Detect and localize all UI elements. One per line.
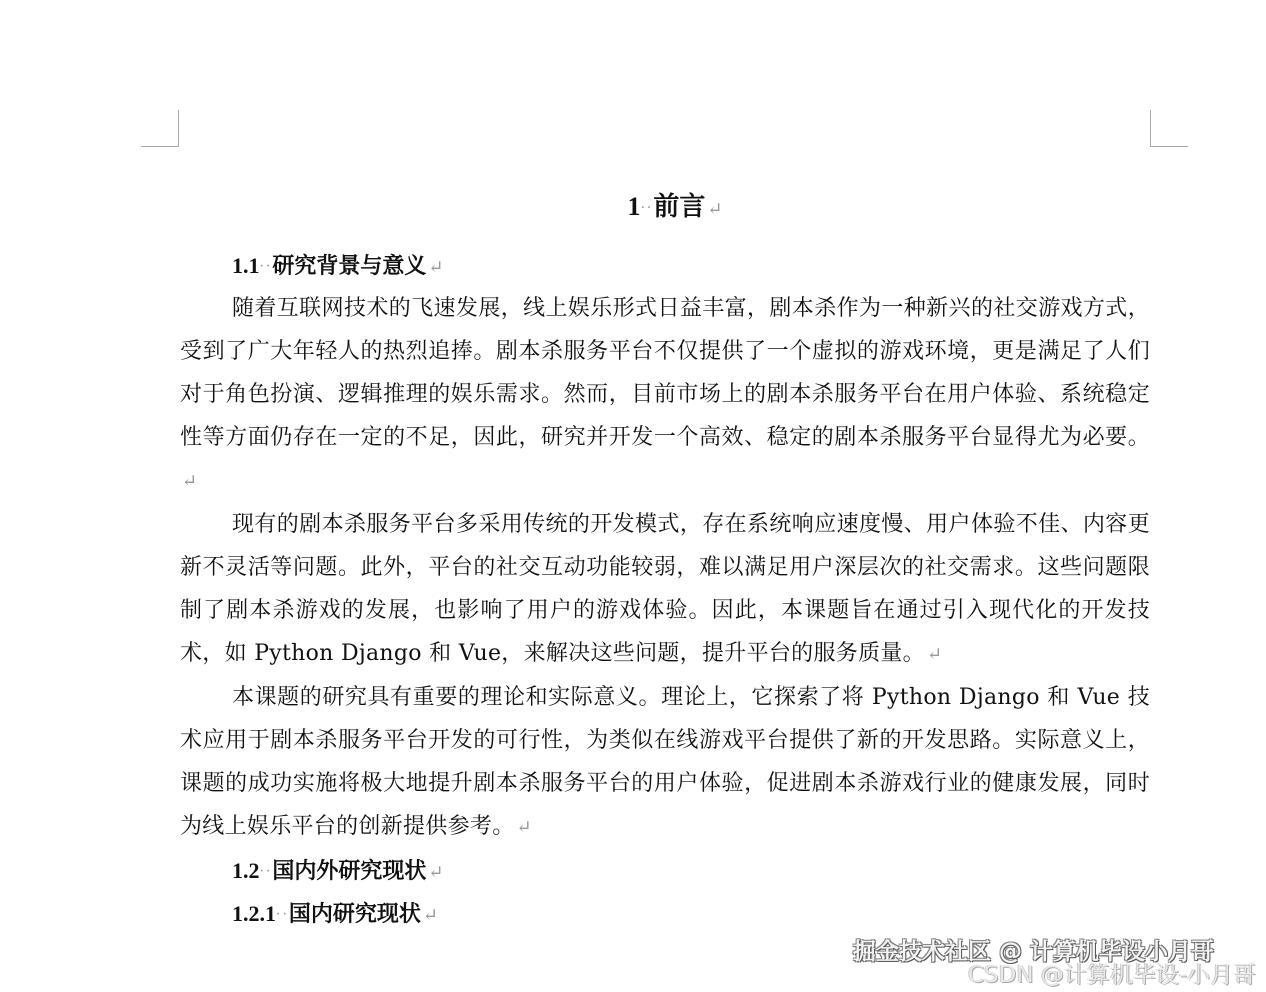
- body-paragraph: 随着互联网技术的飞速发展，线上娱乐形式日益丰富，剧本杀作为一种新兴的社交游戏方式…: [180, 287, 1150, 503]
- section-number: 1.1: [232, 253, 260, 278]
- section-number: 1.2.1: [232, 901, 276, 926]
- document-page: 1··前言↵ 1.1··研究背景与意义↵ 随着互联网技术的飞速发展，线上娱乐形式…: [180, 180, 1150, 935]
- chapter-title: 前言: [653, 192, 705, 222]
- paragraph-text: 随着互联网技术的飞速发展，线上娱乐形式日益丰富，剧本杀作为一种新兴的社交游戏方式…: [180, 296, 1150, 450]
- section-heading: 1.2··国内外研究现状↵: [180, 849, 1150, 892]
- csdn-watermark: CSDN @计算机毕设-小月哥: [968, 956, 1256, 989]
- paragraph-text: 本课题的研究具有重要的理论和实际意义。理论上，它探索了将 Python Djan…: [180, 685, 1150, 839]
- margin-corner-top-right: [1150, 110, 1188, 147]
- section-title: 国内外研究现状: [272, 858, 426, 884]
- section-title: 国内研究现状: [289, 901, 421, 927]
- paragraph-mark-icon: ↵: [707, 199, 722, 220]
- body-paragraph: 现有的剧本杀服务平台多采用传统的开发模式，存在系统响应速度慢、用户体验不佳、内容…: [180, 503, 1150, 676]
- paragraph-mark-icon: ↵: [423, 905, 438, 926]
- space-marks: ··: [276, 907, 289, 923]
- paragraph-mark-icon: ↵: [428, 862, 443, 883]
- section-number: 1.2: [232, 858, 260, 883]
- space-marks: ··: [640, 200, 653, 216]
- chapter-heading: 1··前言↵: [180, 180, 1150, 234]
- paragraph-mark-icon: ↵: [927, 644, 942, 665]
- section-title: 研究背景与意义: [272, 253, 426, 279]
- section-heading: 1.1··研究背景与意义↵: [180, 244, 1150, 287]
- body-paragraph: 本课题的研究具有重要的理论和实际意义。理论上，它探索了将 Python Djan…: [180, 676, 1150, 849]
- space-marks: ··: [260, 259, 273, 275]
- chapter-number: 1: [627, 192, 640, 221]
- subsection-heading: 1.2.1··国内研究现状↵: [180, 892, 1150, 935]
- paragraph-mark-icon: ↵: [182, 471, 197, 492]
- paragraph-mark-icon: ↵: [517, 817, 532, 838]
- paragraph-mark-icon: ↵: [428, 257, 443, 278]
- paragraph-text: 现有的剧本杀服务平台多采用传统的开发模式，存在系统响应速度慢、用户体验不佳、内容…: [180, 512, 1150, 666]
- space-marks: ··: [260, 864, 273, 880]
- margin-corner-top-left: [141, 110, 179, 147]
